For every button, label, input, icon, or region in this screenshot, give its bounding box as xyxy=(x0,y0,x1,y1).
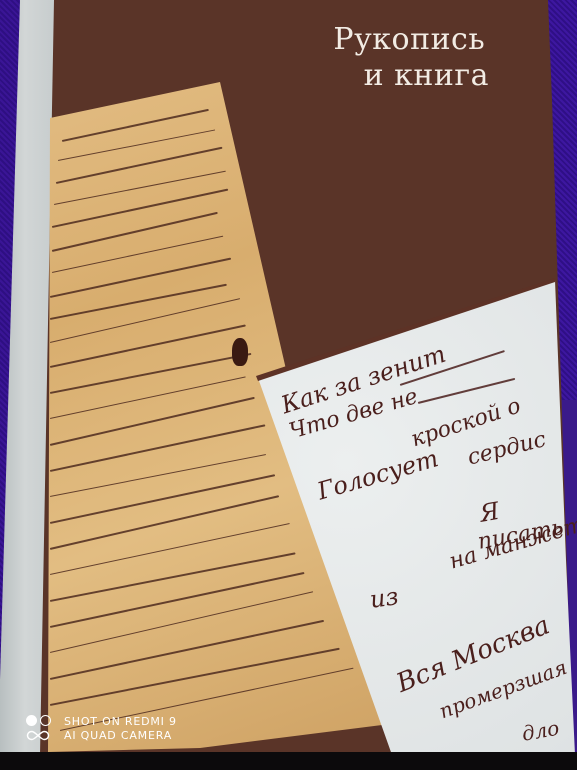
ink-sketch-figure-icon xyxy=(232,338,248,366)
watermark-text: SHOT ON REDMI 9 AI QUAD CAMERA xyxy=(64,715,177,743)
table-shadow xyxy=(0,752,577,770)
title-line-2: и книга xyxy=(330,58,489,94)
watermark-line-2: AI QUAD CAMERA xyxy=(64,729,177,743)
book-cover: Рукопись и книга xyxy=(0,0,577,755)
camera-watermark: SHOT ON REDMI 9 AI QUAD CAMERA xyxy=(24,714,177,744)
book-title: Рукопись и книга xyxy=(330,22,489,94)
title-line-1: Рукопись xyxy=(330,22,489,58)
camera-logo-icon xyxy=(24,714,54,744)
watermark-line-1: SHOT ON REDMI 9 xyxy=(64,715,177,729)
photo-scene: Рукопись и книга xyxy=(0,0,577,770)
handwriting-line: из xyxy=(368,582,400,614)
